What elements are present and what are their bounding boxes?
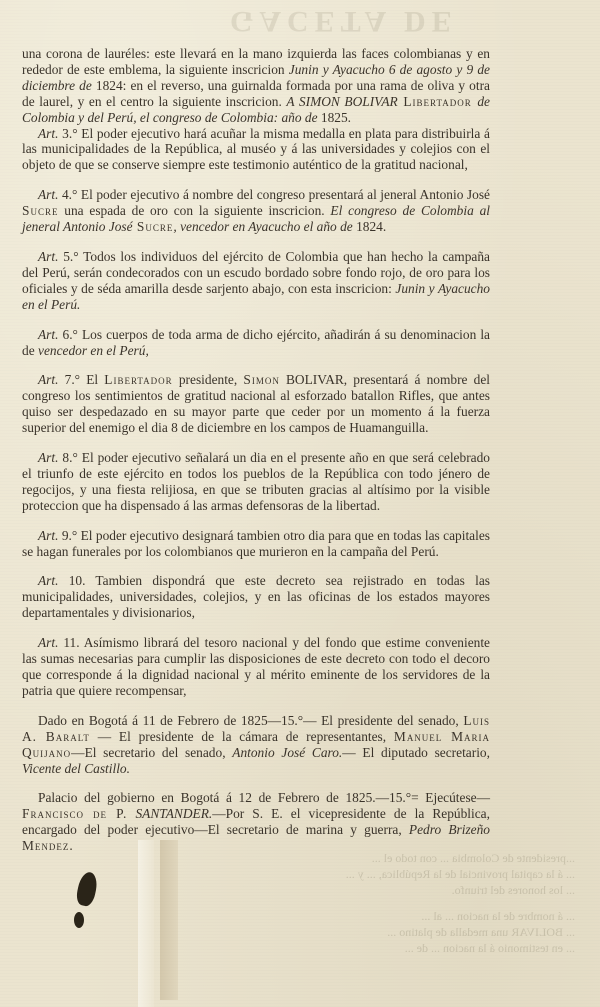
paper-stain	[160, 840, 178, 1000]
bleed-through-lower-text: ...presidente de Colombia ... con todo e…	[175, 850, 575, 956]
text-segment: Art.	[38, 249, 58, 264]
text-segment: Art.	[38, 372, 58, 387]
paragraph-art-5: Art. 5.° Todos los individuos del ejérci…	[22, 249, 490, 313]
bleed-through-header: GACETA DE COLOMBIA	[230, 8, 590, 38]
decree-text: una corona de lauréles: este llevará en …	[22, 46, 490, 854]
text-segment: presidente,	[173, 372, 244, 387]
text-segment: Mendez.	[22, 838, 74, 853]
paragraph-continuation: una corona de lauréles: este llevará en …	[22, 46, 490, 126]
text-segment: una espada de oro con la siguiente inscr…	[58, 203, 330, 218]
paragraph-art-7: Art. 7.° El Libertador presidente, Simon…	[22, 372, 490, 436]
paragraph-art-10: Art. 10. Tambien dispondrá que este decr…	[22, 573, 490, 621]
paragraph-art-8: Art. 8.° El poder ejecutivo señalará un …	[22, 450, 490, 514]
text-segment: Libertador	[398, 94, 478, 109]
text-segment: 7.° El	[58, 372, 104, 387]
paragraph-art-6: Art. 6.° Los cuerpos de toda arma de dic…	[22, 327, 490, 359]
text-segment: Dado en Bogotá á 11 de Febrero de 1825—1…	[38, 713, 463, 728]
text-segment: , vencedor en Ayacucho el año de	[173, 219, 352, 234]
paragraph-art-3: Art. 3.° El poder ejecutivo hará acuñar …	[22, 126, 490, 174]
text-segment: A SIMON BOLIVAR	[286, 94, 397, 109]
text-segment: Art.	[38, 573, 58, 588]
text-segment: SANTANDER.	[135, 806, 212, 821]
text-segment: Simon	[243, 372, 279, 387]
text-segment: Art.	[38, 187, 58, 202]
text-segment: Vicente del Castillo.	[22, 761, 130, 776]
text-segment: 8.° El poder ejecutivo señalará un dia e…	[22, 450, 490, 513]
text-segment: — El diputado secretario,	[342, 745, 490, 760]
text-segment: Art.	[38, 635, 58, 650]
text-segment: — El presidente de la cámara de represen…	[90, 729, 394, 744]
paragraph-art-9: Art. 9.° El poder ejecutivo designará ta…	[22, 528, 490, 560]
text-segment: Art.	[38, 327, 58, 342]
ink-blot-dot	[74, 912, 84, 928]
text-segment: 10. Tambien dispondrá que este decreto s…	[22, 573, 490, 620]
paragraph-art-11: Art. 11. Asímismo librará del tesoro nac…	[22, 635, 490, 699]
text-segment: 3.° El poder ejecutivo hará acuñar la mi…	[22, 126, 490, 173]
text-segment: Pedro Brizeño	[409, 822, 490, 837]
text-segment: 9.° El poder ejecutivo designará tambien…	[22, 528, 490, 559]
text-segment: Sucre	[22, 203, 58, 218]
text-segment: 1824.	[353, 219, 386, 234]
text-segment: Art.	[38, 126, 58, 141]
text-segment: Art.	[38, 528, 58, 543]
text-segment: 4.° El poder ejecutivo á nombre del cong…	[58, 187, 490, 202]
text-segment: 11. Asímismo librará del tesoro nacional…	[22, 635, 490, 698]
text-segment: Antonio José Caro.	[232, 745, 342, 760]
text-segment: vencedor en el Perú,	[38, 343, 149, 358]
text-segment: Francisco de P.	[22, 806, 127, 821]
text-segment: Art.	[38, 450, 58, 465]
text-segment: 1825.	[318, 110, 351, 125]
text-segment: Palacio del gobierno en Bogotá á 12 de F…	[38, 790, 490, 805]
text-segment: —El secretario del senado,	[71, 745, 232, 760]
signatures-executive: Palacio del gobierno en Bogotá á 12 de F…	[22, 790, 490, 854]
text-segment: Libertador	[104, 372, 172, 387]
paragraph-art-4: Art. 4.° El poder ejecutivo á nombre del…	[22, 187, 490, 235]
signatures-congress: Dado en Bogotá á 11 de Febrero de 1825—1…	[22, 713, 490, 777]
paper-fold-crease	[138, 840, 154, 1007]
text-segment: Sucre	[133, 219, 174, 234]
